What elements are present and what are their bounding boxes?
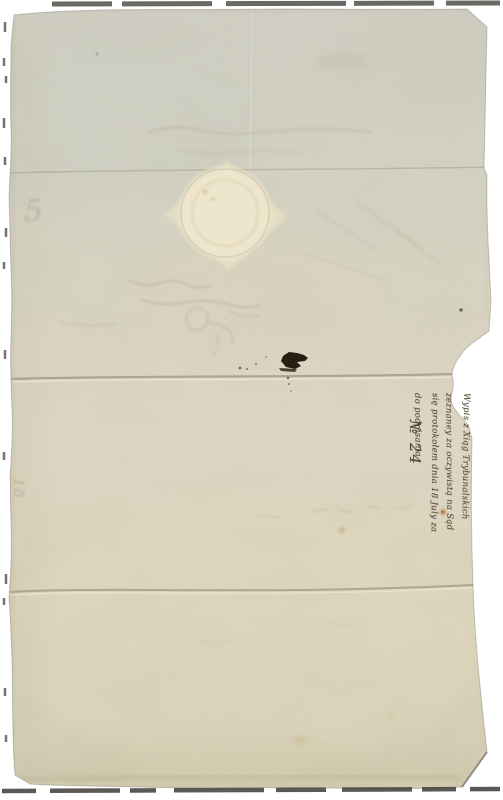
gray-speck	[95, 52, 98, 55]
ink-speck	[246, 368, 248, 370]
yellow-stain	[386, 713, 394, 719]
faint-mark-left-upper: 5	[24, 194, 43, 229]
scan-edge-ticks-left	[4, 22, 6, 742]
ink-speck	[255, 363, 257, 365]
yellow-stain	[294, 736, 306, 744]
ink-speck	[287, 377, 289, 379]
annotation-line: się protokołem dnia 18 July za	[425, 393, 442, 571]
annotation-line: Wypis z Xiąg Trybunalskich	[455, 393, 473, 571]
rust-stain	[339, 527, 346, 534]
scan-edge-shadow-top	[52, 3, 500, 4]
page-number-label: № 24	[406, 420, 424, 466]
annotation-line: zeznaney za oczywistą na Sąd	[440, 393, 457, 571]
scan-edge-shadow-bottom	[2, 789, 500, 791]
ink-speck	[288, 383, 290, 385]
scanned-letter-verso: Wypis z Xiąg Trybunalskich zeznaney za o…	[0, 0, 503, 800]
ink-speck	[239, 367, 242, 370]
ink-speck	[265, 356, 267, 358]
faint-mark-left-lower: 18	[10, 478, 26, 500]
ink-speck	[290, 390, 292, 392]
dark-speck	[459, 308, 462, 311]
